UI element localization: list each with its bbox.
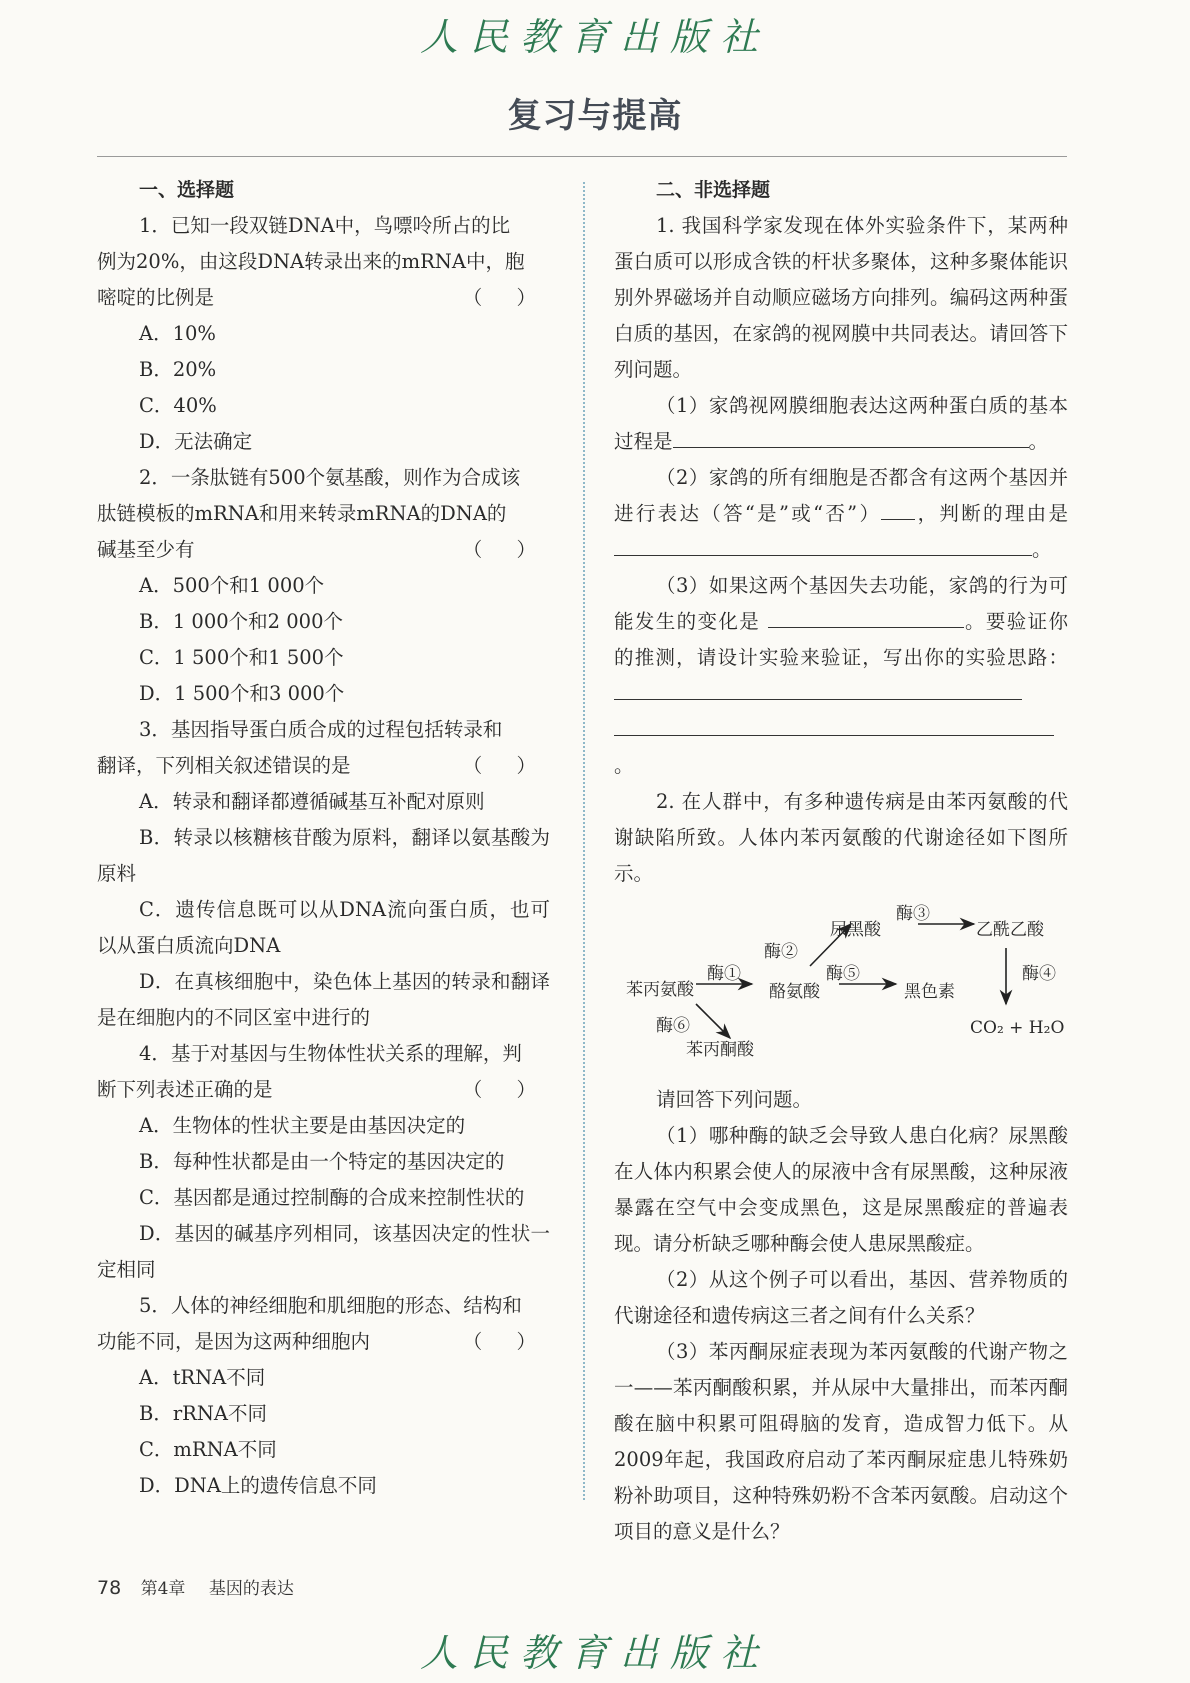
option-d: D．无法确定 bbox=[97, 424, 550, 460]
publisher-logo-top: 人民教育出版社 bbox=[0, 6, 1190, 61]
chapter-title: 基因的表达 bbox=[209, 1579, 294, 1599]
enzyme-2: 酶② bbox=[764, 934, 798, 970]
period: 。 bbox=[614, 754, 634, 777]
option-c: C．40% bbox=[97, 388, 550, 424]
option-a: A．转录和翻译都遵循碱基互补配对原则 bbox=[97, 784, 550, 820]
option-b: B．1 000个和2 000个 bbox=[97, 604, 550, 640]
multiple-choice-column: 一、选择题 1．已知一段双链DNA中，鸟嘌呤所占的比 例为20%，由这段DNA转… bbox=[97, 172, 550, 1504]
q1-sub2-text-b: ，判断的理由是 bbox=[915, 502, 1068, 525]
question-1-line-1: 1．已知一段双链DNA中，鸟嘌呤所占的比 bbox=[97, 208, 550, 244]
enzyme-5: 酶⑤ bbox=[826, 956, 860, 992]
node-phenylalanine: 苯丙氨酸 bbox=[626, 972, 694, 1008]
option-b: B．每种性状都是由一个特定的基因决定的 bbox=[97, 1144, 550, 1180]
option-d: D．1 500个和3 000个 bbox=[97, 676, 550, 712]
q2-sub2: （2）从这个例子可以看出，基因、营养物质的代谢途径和遗传病这三者之间有什么关系？ bbox=[614, 1262, 1068, 1334]
question-1-last-line: 嘧啶的比例是 （ ） bbox=[97, 280, 550, 316]
section-heading-non-choice: 二、非选择题 bbox=[614, 172, 1068, 208]
q2-prompt: 请回答下列问题。 bbox=[614, 1082, 1068, 1118]
question-2-line-3: 碱基至少有 bbox=[97, 538, 195, 561]
enzyme-6: 酶⑥ bbox=[656, 1008, 690, 1044]
option-c: C．1 500个和1 500个 bbox=[97, 640, 550, 676]
enzyme-1: 酶① bbox=[707, 956, 741, 992]
page-number: 78 bbox=[97, 1577, 121, 1599]
answer-paren[interactable]: （ ） bbox=[463, 532, 550, 568]
question-5-line-1: 5．人体的神经细胞和肌细胞的形态、结构和 bbox=[97, 1288, 550, 1324]
chapter-number: 第4章 bbox=[141, 1579, 186, 1599]
question-2-line-2: 肽链模板的mRNA和用来转录mRNA的DNA的 bbox=[97, 496, 550, 532]
answer-paren[interactable]: （ ） bbox=[463, 280, 550, 316]
node-phenylpyruvic-acid: 苯丙酮酸 bbox=[686, 1032, 754, 1068]
node-homogentisic-acid: 尿黑酸 bbox=[830, 912, 881, 948]
page-footer: 78 第4章 基因的表达 bbox=[97, 1574, 294, 1599]
enzyme-4: 酶④ bbox=[1022, 956, 1056, 992]
answer-paren[interactable]: （ ） bbox=[463, 748, 550, 784]
question-5: 5．人体的神经细胞和肌细胞的形态、结构和 功能不同，是因为这两种细胞内 （ ） … bbox=[97, 1288, 550, 1504]
q1-sub1: （1）家鸽视网膜细胞表达这两种蛋白质的基本过程是。 bbox=[614, 388, 1068, 460]
node-tyrosine: 酪氨酸 bbox=[769, 974, 820, 1010]
q2-sub3: （3）苯丙酮尿症表现为苯丙氨酸的代谢产物之一——苯丙酮酸积累，并从尿中大量排出，… bbox=[614, 1334, 1068, 1550]
option-b: B．转录以核糖核苷酸为原料，翻译以氨基酸为原料 bbox=[97, 820, 550, 892]
question-5-line-2: 功能不同，是因为这两种细胞内 bbox=[97, 1330, 370, 1353]
question-2-last-line: 碱基至少有 （ ） bbox=[97, 532, 550, 568]
question-4: 4．基于对基因与生物体性状关系的理解，判 断下列表述正确的是 （ ） A．生物体… bbox=[97, 1036, 550, 1288]
question-3-line-1: 3．基因指导蛋白质合成的过程包括转录和 bbox=[97, 712, 550, 748]
answer-blank[interactable] bbox=[614, 677, 1022, 700]
question-2-line-1: 2．一条肽链有500个氨基酸，则作为合成该 bbox=[97, 460, 550, 496]
phenylalanine-metabolism-diagram: 苯丙氨酸 酶① 酪氨酸 酶② 尿黑酸 酶③ 乙酰乙酸 酶④ 酶⑤ 黑色素 CO₂… bbox=[614, 892, 1068, 1082]
non-choice-column: 二、非选择题 1. 我国科学家发现在体外实验条件下，某两种蛋白质可以形成含铁的杆… bbox=[614, 172, 1068, 1550]
section-heading-choice: 一、选择题 bbox=[97, 172, 550, 208]
option-a: A．500个和1 000个 bbox=[97, 568, 550, 604]
option-b: B．20% bbox=[97, 352, 550, 388]
q1-sub2: （2）家鸽的所有细胞是否都含有这两个基因并进行表达（答“是”或“否”），判断的理… bbox=[614, 460, 1068, 568]
q1-sub3: （3）如果这两个基因失去功能，家鸽的行为可能发生的变化是 。要验证你的推测，请设… bbox=[614, 568, 1068, 784]
publisher-logo-bottom: 人民教育出版社 bbox=[0, 1622, 1190, 1677]
q1-intro: 1. 我国科学家发现在体外实验条件下，某两种蛋白质可以形成含铁的杆状多聚体，这种… bbox=[614, 208, 1068, 388]
period: 。 bbox=[1029, 430, 1049, 453]
option-d: D．基因的碱基序列相同，该基因决定的性状一定相同 bbox=[97, 1216, 550, 1288]
question-3-line-2: 翻译，下列相关叙述错误的是 bbox=[97, 754, 351, 777]
column-divider bbox=[583, 182, 585, 1500]
question-3-last-line: 翻译，下列相关叙述错误的是 （ ） bbox=[97, 748, 550, 784]
question-1: 1．已知一段双链DNA中，鸟嘌呤所占的比 例为20%，由这段DNA转录出来的mR… bbox=[97, 208, 550, 460]
option-d: D．在真核细胞中，染色体上基因的转录和翻译是在细胞内的不同区室中进行的 bbox=[97, 964, 550, 1036]
option-b: B．rRNA不同 bbox=[97, 1396, 550, 1432]
node-co2-h2o: CO₂ + H₂O bbox=[970, 1010, 1064, 1046]
answer-paren[interactable]: （ ） bbox=[463, 1324, 550, 1360]
answer-paren[interactable]: （ ） bbox=[463, 1072, 550, 1108]
option-c: C．基因都是通过控制酶的合成来控制性状的 bbox=[97, 1180, 550, 1216]
answer-blank[interactable] bbox=[673, 425, 1029, 448]
option-c: C．mRNA不同 bbox=[97, 1432, 550, 1468]
question-1-line-2: 例为20%，由这段DNA转录出来的mRNA中，胞 bbox=[97, 244, 550, 280]
answer-blank[interactable] bbox=[614, 533, 1032, 556]
period: 。 bbox=[1032, 538, 1052, 561]
answer-blank-short[interactable] bbox=[881, 497, 915, 520]
answer-blank-line-2[interactable] bbox=[614, 713, 1054, 736]
q2-intro: 2. 在人群中，有多种遗传病是由苯丙氨酸的代谢缺陷所致。人体内苯丙氨酸的代谢途径… bbox=[614, 784, 1068, 892]
enzyme-3: 酶③ bbox=[896, 896, 930, 932]
question-2: 2．一条肽链有500个氨基酸，则作为合成该 肽链模板的mRNA和用来转录mRNA… bbox=[97, 460, 550, 712]
question-5-last-line: 功能不同，是因为这两种细胞内 （ ） bbox=[97, 1324, 550, 1360]
node-acetoacetic-acid: 乙酰乙酸 bbox=[976, 912, 1044, 948]
question-4-line-1: 4．基于对基因与生物体性状关系的理解，判 bbox=[97, 1036, 550, 1072]
option-a: A．tRNA不同 bbox=[97, 1360, 550, 1396]
title-rule bbox=[97, 156, 1067, 157]
option-a: A．10% bbox=[97, 316, 550, 352]
answer-blank[interactable] bbox=[768, 605, 964, 628]
page-title: 复习与提高 bbox=[0, 88, 1190, 137]
question-4-line-2: 断下列表述正确的是 bbox=[97, 1078, 273, 1101]
q2-sub1: （1）哪种酶的缺乏会导致人患白化病？尿黑酸在人体内积累会使人的尿液中含有尿黑酸，… bbox=[614, 1118, 1068, 1262]
question-4-last-line: 断下列表述正确的是 （ ） bbox=[97, 1072, 550, 1108]
option-a: A．生物体的性状主要是由基因决定的 bbox=[97, 1108, 550, 1144]
option-c: C．遗传信息既可以从DNA流向蛋白质，也可以从蛋白质流向DNA bbox=[97, 892, 550, 964]
node-melanin: 黑色素 bbox=[904, 974, 955, 1010]
option-d: D．DNA上的遗传信息不同 bbox=[97, 1468, 550, 1504]
question-3: 3．基因指导蛋白质合成的过程包括转录和 翻译，下列相关叙述错误的是 （ ） A．… bbox=[97, 712, 550, 1036]
question-1-line-3: 嘧啶的比例是 bbox=[97, 286, 214, 309]
